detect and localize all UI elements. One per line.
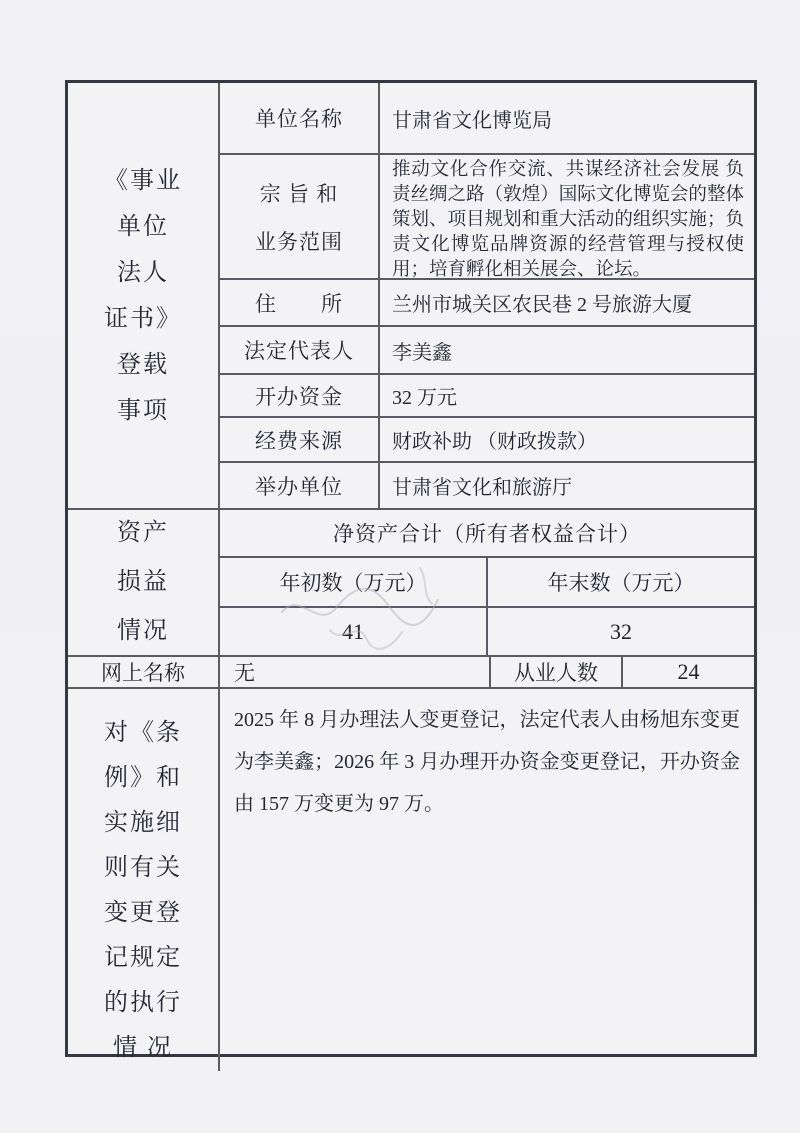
- certificate-items-side-label: 《事业 单位 法人 证书》 登载 事项: [68, 83, 220, 508]
- purpose-scope-value: 推动文化合作交流、共谋经济社会发展 负责丝绸之路（敦煌）国际文化博览会的整体策划…: [380, 155, 754, 278]
- year-start-value: 41: [220, 608, 486, 655]
- year-end-header: 年末数（万元）: [486, 558, 754, 606]
- side-label-line: 记规定: [104, 936, 182, 981]
- funding-source-label: 经费来源: [220, 418, 380, 461]
- side-label-line: 资产: [117, 509, 169, 558]
- funding-source-value: 财政补助 （财政拨款）: [380, 418, 754, 461]
- staff-count-label: 从业人数: [491, 657, 623, 687]
- side-label-line: 事项: [117, 388, 169, 434]
- section-asset-profit-loss: 资产 损益 情况 净资产合计（所有者权益合计） 年初数（万元） 年末数（万元） …: [68, 508, 754, 655]
- side-label-line: 法人: [117, 250, 169, 296]
- side-label-line: 对《条: [104, 711, 182, 756]
- asset-section-side-label: 资产 损益 情况: [68, 510, 220, 655]
- side-label-line: 实施细: [104, 801, 182, 846]
- side-label-line: 《事业: [104, 158, 182, 204]
- side-label-line: 则有关: [104, 846, 182, 891]
- asset-table: 净资产合计（所有者权益合计） 年初数（万元） 年末数（万元） 41 32: [220, 510, 754, 655]
- organizer-value: 甘肃省文化和旅游厅: [380, 463, 754, 508]
- online-name-value: 无: [220, 657, 491, 687]
- purpose-label-line1: 宗 旨 和: [260, 178, 339, 208]
- side-label-line: 情况: [117, 607, 169, 656]
- side-label-line: 例》和: [104, 756, 182, 801]
- row-address: 住 所 兰州市城关区农民巷 2 号旅游大厦: [220, 278, 754, 325]
- net-assets-header: 净资产合计（所有者权益合计）: [220, 510, 754, 558]
- side-label-line: 登载: [117, 342, 169, 388]
- legal-representative-label: 法定代表人: [220, 327, 380, 373]
- compliance-text: 2025 年 8 月办理法人变更登记，法定代表人由杨旭东变更为李美鑫；2026 …: [220, 689, 754, 1071]
- address-label: 住 所: [220, 280, 380, 325]
- asset-column-headers: 年初数（万元） 年末数（万元）: [220, 558, 754, 608]
- row-startup-capital: 开办资金 32 万元: [220, 373, 754, 416]
- section-compliance: 对《条 例》和 实施细 则有关 变更登 记规定 的执行 情 况 2025 年 8…: [68, 687, 754, 1071]
- asset-values: 41 32: [220, 608, 754, 655]
- row-funding-source: 经费来源 财政补助 （财政拨款）: [220, 416, 754, 461]
- row-legal-representative: 法定代表人 李美鑫: [220, 325, 754, 373]
- address-value: 兰州市城关区农民巷 2 号旅游大厦: [380, 280, 754, 325]
- organizer-label: 举办单位: [220, 463, 380, 508]
- side-label-line: 证书》: [104, 296, 182, 342]
- unit-name-label: 单位名称: [220, 83, 380, 153]
- scanned-document-page: 《事业 单位 法人 证书》 登载 事项 单位名称 甘肃省文化博览局 宗 旨 和 …: [0, 0, 800, 1133]
- compliance-side-label: 对《条 例》和 实施细 则有关 变更登 记规定 的执行 情 况: [68, 689, 220, 1071]
- row-unit-name: 单位名称 甘肃省文化博览局: [220, 83, 754, 153]
- legal-representative-value: 李美鑫: [380, 327, 754, 373]
- year-end-value: 32: [486, 608, 754, 655]
- section-online-name: 网上名称 无 从业人数 24: [68, 655, 754, 687]
- online-name-label: 网上名称: [68, 657, 220, 687]
- year-start-header: 年初数（万元）: [220, 558, 486, 606]
- row-purpose-scope: 宗 旨 和 业务范围 推动文化合作交流、共谋经济社会发展 负责丝绸之路（敦煌）国…: [220, 153, 754, 278]
- side-label-line: 损益: [117, 558, 169, 607]
- startup-capital-label: 开办资金: [220, 375, 380, 416]
- purpose-scope-label: 宗 旨 和 业务范围: [220, 155, 380, 278]
- section-certificate-items: 《事业 单位 法人 证书》 登载 事项 单位名称 甘肃省文化博览局 宗 旨 和 …: [68, 83, 754, 508]
- certificate-rows: 单位名称 甘肃省文化博览局 宗 旨 和 业务范围 推动文化合作交流、共谋经济社会…: [220, 83, 754, 508]
- purpose-label-line2: 业务范围: [255, 226, 343, 256]
- side-label-line: 情 况: [113, 1026, 173, 1071]
- startup-capital-value: 32 万元: [380, 375, 754, 416]
- side-label-line: 变更登: [104, 891, 182, 936]
- staff-count-value: 24: [623, 657, 754, 687]
- registration-form-table: 《事业 单位 法人 证书》 登载 事项 单位名称 甘肃省文化博览局 宗 旨 和 …: [65, 80, 757, 1057]
- row-organizer: 举办单位 甘肃省文化和旅游厅: [220, 461, 754, 508]
- side-label-line: 单位: [117, 204, 169, 250]
- unit-name-value: 甘肃省文化博览局: [380, 83, 754, 153]
- asset-columns: 年初数（万元） 年末数（万元） 41 32: [220, 558, 754, 655]
- side-label-line: 的执行: [104, 981, 182, 1026]
